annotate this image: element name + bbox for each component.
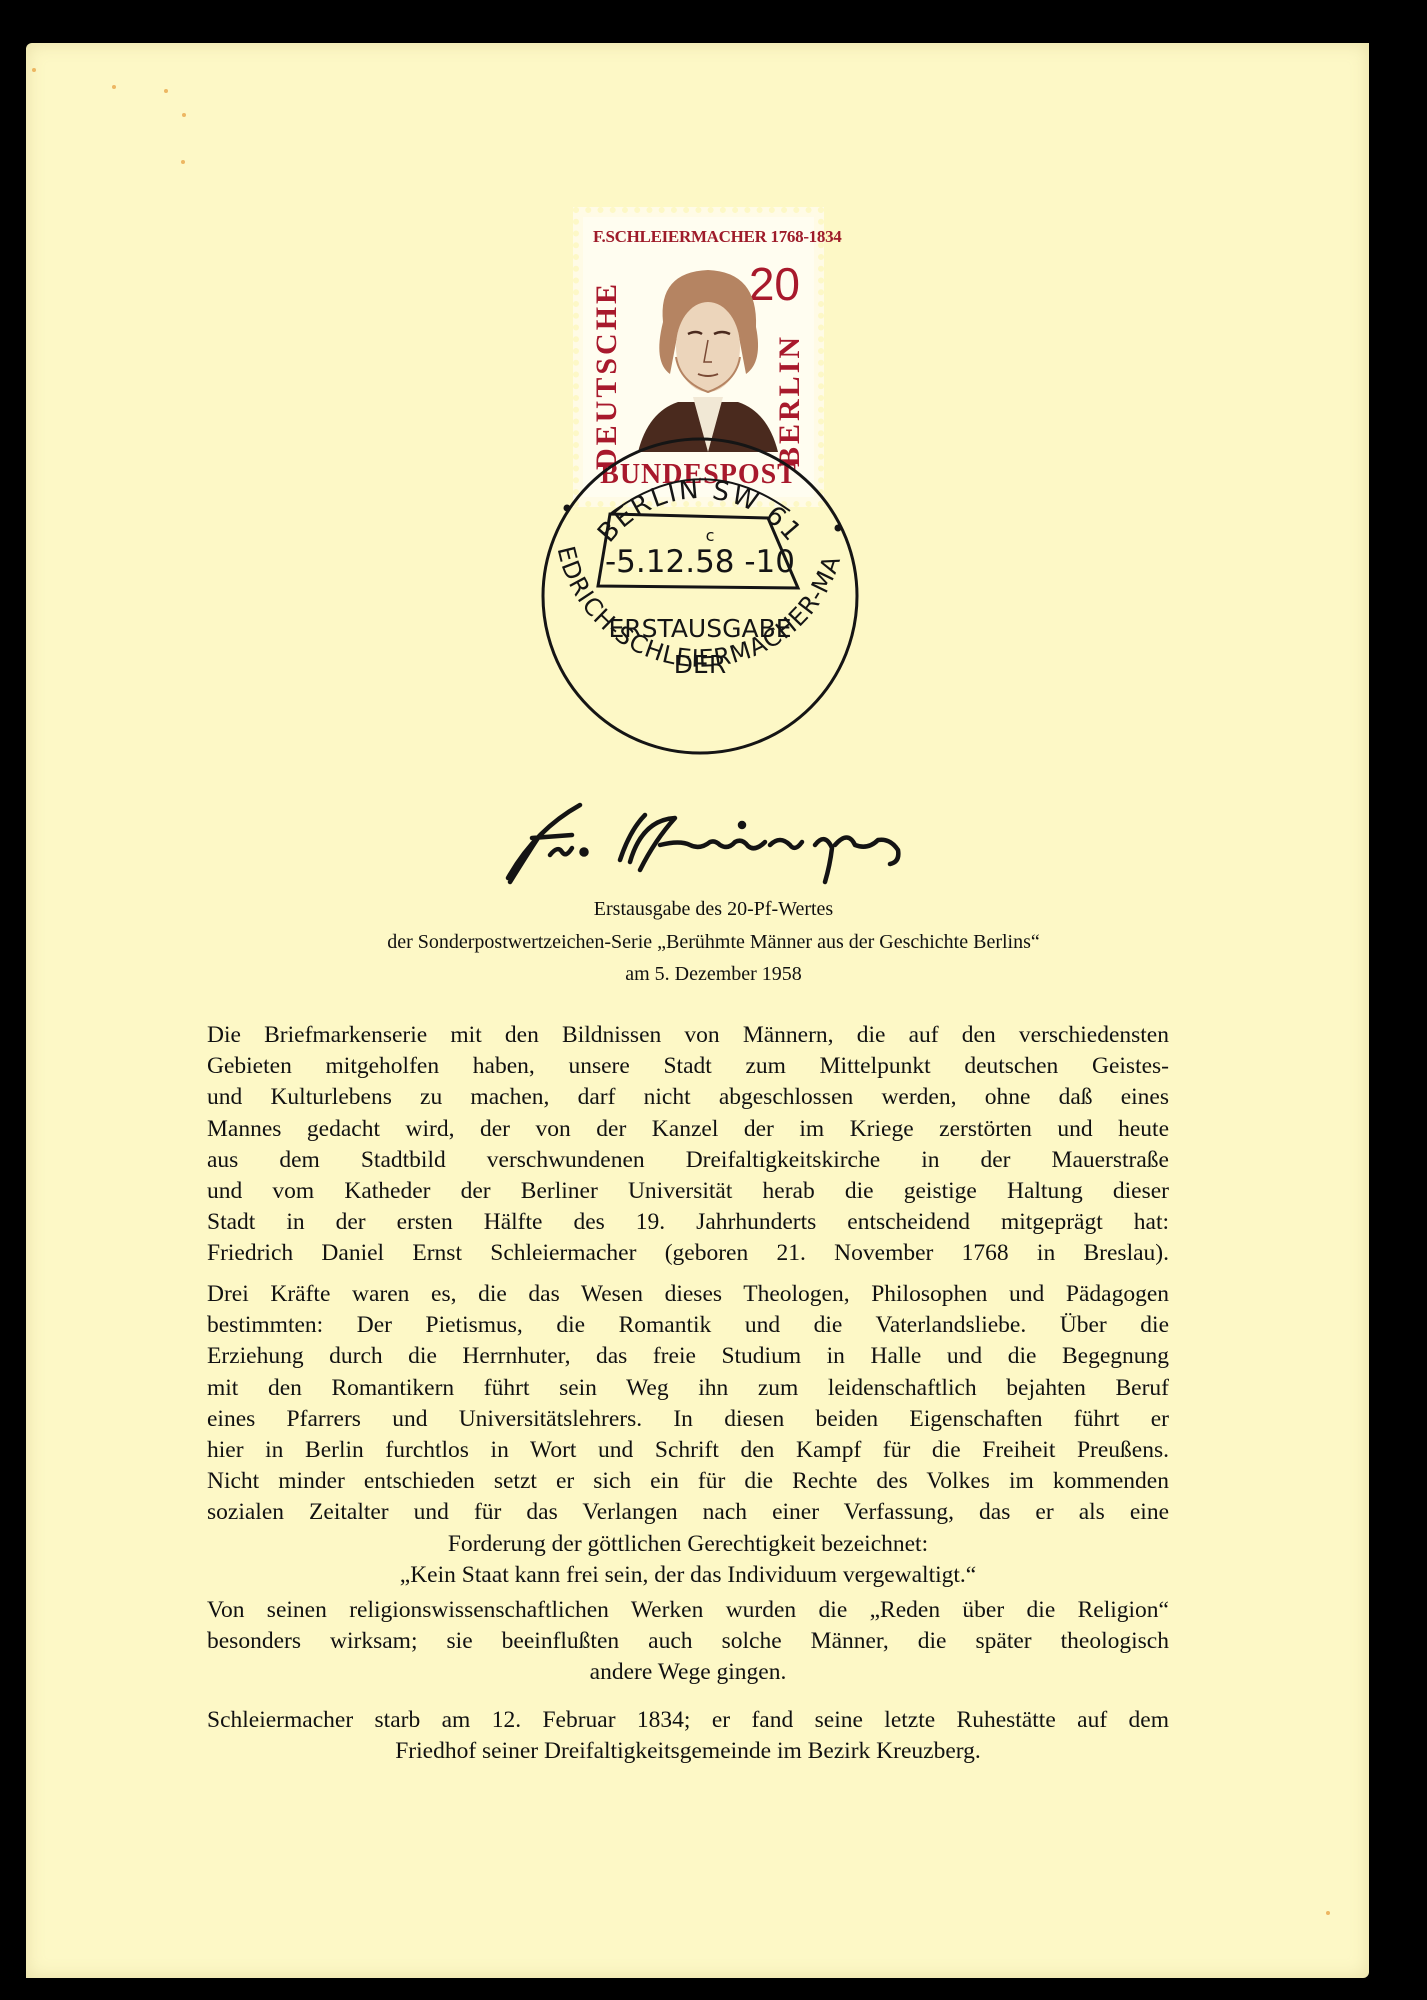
text-line: Gebieten mitgeholfen haben, unsere Stadt… bbox=[207, 1051, 1169, 1082]
text-line: Drei Kräfte waren es, die das Wesen dies… bbox=[207, 1279, 1169, 1310]
text-line: besonders wirksam; sie beeinflußten auch… bbox=[207, 1626, 1169, 1657]
paragraph-2: Drei Kräfte waren es, die das Wesen dies… bbox=[207, 1279, 1169, 1591]
text-line: Friedrich Daniel Ernst Schleiermacher (g… bbox=[207, 1238, 1169, 1269]
paragraph-1: Die Briefmarkenserie mit den Bildnissen … bbox=[207, 1020, 1169, 1270]
postmark-date: -5.12.58 -10 bbox=[605, 544, 795, 580]
foxing-spot bbox=[32, 68, 36, 72]
text-line: sozialen Zeitalter und für das Verlangen… bbox=[207, 1497, 1169, 1528]
paragraph-4: Schleiermacher starb am 12. Februar 1834… bbox=[207, 1705, 1169, 1767]
foxing-spot bbox=[182, 113, 186, 117]
text-line: Nicht minder entschieden setzt er sich e… bbox=[207, 1466, 1169, 1497]
text-line: Schleiermacher starb am 12. Februar 1834… bbox=[207, 1705, 1169, 1736]
heading-line-1: Erstausgabe des 20-Pf-Wertes bbox=[0, 898, 1427, 921]
heading-line-3: am 5. Dezember 1958 bbox=[0, 963, 1427, 986]
text-line: Friedhof seiner Dreifaltigkeitsgemeinde … bbox=[207, 1736, 1169, 1767]
text-line: bestimmten: Der Pietismus, die Romantik … bbox=[207, 1310, 1169, 1341]
text-line: Stadt in der ersten Hälfte des 19. Jahrh… bbox=[207, 1207, 1169, 1238]
text-line: Mannes gedacht wird, der von der Kanzel … bbox=[207, 1114, 1169, 1145]
foxing-spot bbox=[1326, 1911, 1330, 1915]
quote-line: „Kein Staat kann frei sein, der das Indi… bbox=[207, 1560, 1169, 1591]
stamp-title: F.SCHLEIERMACHER 1768-1834 bbox=[593, 227, 808, 247]
text-line: eines Pfarrers und Universitätslehrers. … bbox=[207, 1404, 1169, 1435]
text-line: Die Briefmarkenserie mit den Bildnissen … bbox=[207, 1020, 1169, 1051]
postmark-cancellation: BERLIN SW 61 c -5.12.58 -10 ERSTAUSGABE … bbox=[540, 436, 860, 756]
foxing-spot bbox=[181, 160, 185, 164]
postmark-letter: c bbox=[706, 526, 715, 545]
foxing-spot bbox=[164, 89, 168, 93]
text-line: aus dem Stadtbild verschwundenen Dreifal… bbox=[207, 1145, 1169, 1176]
text-line: andere Wege gingen. bbox=[207, 1657, 1169, 1688]
text-line: und Kulturlebens zu machen, darf nicht a… bbox=[207, 1082, 1169, 1113]
text-line: und vom Katheder der Berliner Universitä… bbox=[207, 1176, 1169, 1207]
text-line: Forderung der göttlichen Gerechtigkeit b… bbox=[207, 1529, 1169, 1560]
paragraph-3: Von seinen religionswissenschaftlichen W… bbox=[207, 1595, 1169, 1689]
text-line: hier in Berlin furchtlos in Wort und Sch… bbox=[207, 1435, 1169, 1466]
text-line: Von seinen religionswissenschaftlichen W… bbox=[207, 1595, 1169, 1626]
text-line: Erziehung durch die Herrnhuter, das frei… bbox=[207, 1341, 1169, 1372]
text-line: mit den Romantikern führt sein Weg ihn z… bbox=[207, 1373, 1169, 1404]
heading-line-2: der Sonderpostwertzeichen-Serie „Berühmt… bbox=[0, 931, 1427, 954]
foxing-spot bbox=[112, 85, 116, 89]
signature: Fr. Schleiermacher bbox=[480, 790, 930, 885]
portrait-icon bbox=[638, 262, 778, 452]
